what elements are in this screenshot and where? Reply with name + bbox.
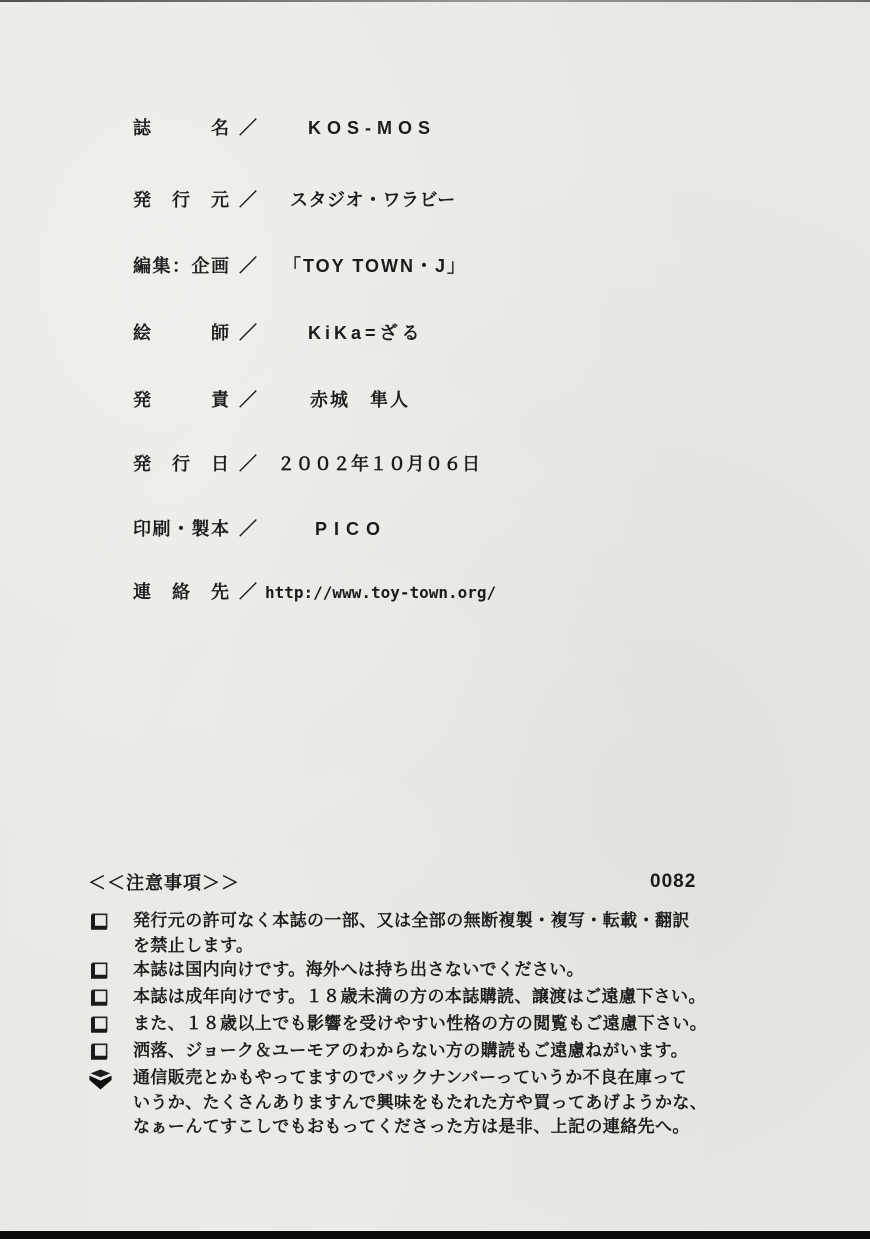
row-label: 編集：企画: [133, 253, 229, 279]
checkbox-icon: [88, 909, 133, 936]
notice-item-text: 本誌は国内向けです。海外へは持ち出さないでください。: [133, 958, 753, 983]
row-label: 発責: [133, 387, 229, 413]
row-value: 「TOY TOWN・J」: [283, 253, 467, 279]
notice-header: ＜＜注意事項＞＞: [88, 871, 808, 895]
slash-separator: ／: [239, 115, 257, 141]
notice-item-text: 発行元の許可なく本誌の一部、又は全部の無断複製・複写・転載・翻訳 を禁止します。: [133, 909, 753, 958]
notice-item: 発行元の許可なく本誌の一部、又は全部の無断複製・複写・転載・翻訳 を禁止します。: [88, 909, 808, 958]
slash-separator: ／: [239, 387, 257, 413]
colophon-row-title: 誌名 ／ KOS-MOS: [133, 115, 436, 141]
checkbox-icon: [88, 985, 133, 1012]
slash-separator: ／: [239, 516, 257, 542]
notice-item: 洒落、ジョーク＆ユーモアのわからない方の購読もご遠慮ねがいます。: [88, 1039, 808, 1066]
checkbox-icon: [88, 1012, 133, 1039]
row-value: PICO: [315, 516, 387, 542]
slash-separator: ／: [239, 187, 257, 213]
colophon-row-responsible: 発責 ／ 赤城 隼人: [133, 387, 410, 413]
colophon-row-editing: 編集：企画 ／ 「TOY TOWN・J」: [133, 253, 467, 279]
colophon-row-publish-date: 発行日 ／ ２００２年１０月０６日: [133, 451, 481, 477]
page-number: 0082: [650, 871, 696, 893]
notice-item-text: また、１８歳以上でも影響を受けやすい性格の方の閲覧もご遠慮下さい。: [133, 1012, 753, 1037]
row-value: スタジオ・ワラビー: [290, 187, 456, 213]
scan-top-edge: [0, 0, 870, 2]
checkbox-icon: [88, 1039, 133, 1066]
colophon-row-artist: 絵師 ／ KiKa=ざる: [133, 320, 424, 346]
slash-separator: ／: [239, 451, 257, 477]
colophon-row-contact: 連絡先 ／ http://www.toy-town.org/: [133, 579, 496, 606]
row-value: KOS-MOS: [308, 115, 436, 141]
row-label: 誌名: [133, 115, 229, 141]
notice-item: 本誌は国内向けです。海外へは持ち出さないでください。: [88, 958, 808, 985]
checkbox-icon: [88, 958, 133, 985]
notice-item: また、１８歳以上でも影響を受けやすい性格の方の閲覧もご遠慮下さい。: [88, 1012, 808, 1039]
slash-separator: ／: [239, 579, 257, 605]
layers-icon: [88, 1066, 133, 1095]
notice-item-text: 通信販売とかもやってますのでバックナンバーっていうか不良在庫って いうか、たくさ…: [133, 1066, 753, 1140]
scanned-colophon-page: 誌名 ／ KOS-MOS 発行元 ／ スタジオ・ワラビー 編集：企画 ／ 「TO…: [0, 0, 870, 1239]
notice-section: ＜＜注意事項＞＞ 0082 発行元の許可なく本誌の一部、又は全部の無断複製・複写…: [88, 871, 808, 1140]
row-label: 印刷・製本: [133, 516, 229, 542]
scan-bottom-edge: [0, 1231, 870, 1239]
colophon-row-publisher: 発行元 ／ スタジオ・ワラビー: [133, 187, 456, 213]
row-label: 発行日: [133, 451, 229, 477]
notice-list: 発行元の許可なく本誌の一部、又は全部の無断複製・複写・転載・翻訳 を禁止します。…: [88, 909, 808, 1140]
row-value: 赤城 隼人: [310, 387, 410, 413]
colophon-row-printing: 印刷・製本 ／ PICO: [133, 516, 387, 542]
row-value: ２００２年１０月０６日: [277, 451, 481, 477]
contact-url: http://www.toy-town.org/: [265, 580, 496, 606]
notice-item-text: 本誌は成年向けです。１８歳未満の方の本誌購読、譲渡はご遠慮下さい。: [133, 985, 753, 1010]
slash-separator: ／: [239, 253, 257, 279]
row-label: 発行元: [133, 187, 229, 213]
row-label: 連絡先: [133, 579, 229, 605]
slash-separator: ／: [239, 320, 257, 346]
notice-item: 通信販売とかもやってますのでバックナンバーっていうか不良在庫って いうか、たくさ…: [88, 1066, 808, 1140]
row-value: KiKa=ざる: [308, 320, 424, 346]
notice-item-text: 洒落、ジョーク＆ユーモアのわからない方の購読もご遠慮ねがいます。: [133, 1039, 753, 1064]
row-label: 絵師: [133, 320, 229, 346]
notice-item: 本誌は成年向けです。１８歳未満の方の本誌購読、譲渡はご遠慮下さい。: [88, 985, 808, 1012]
